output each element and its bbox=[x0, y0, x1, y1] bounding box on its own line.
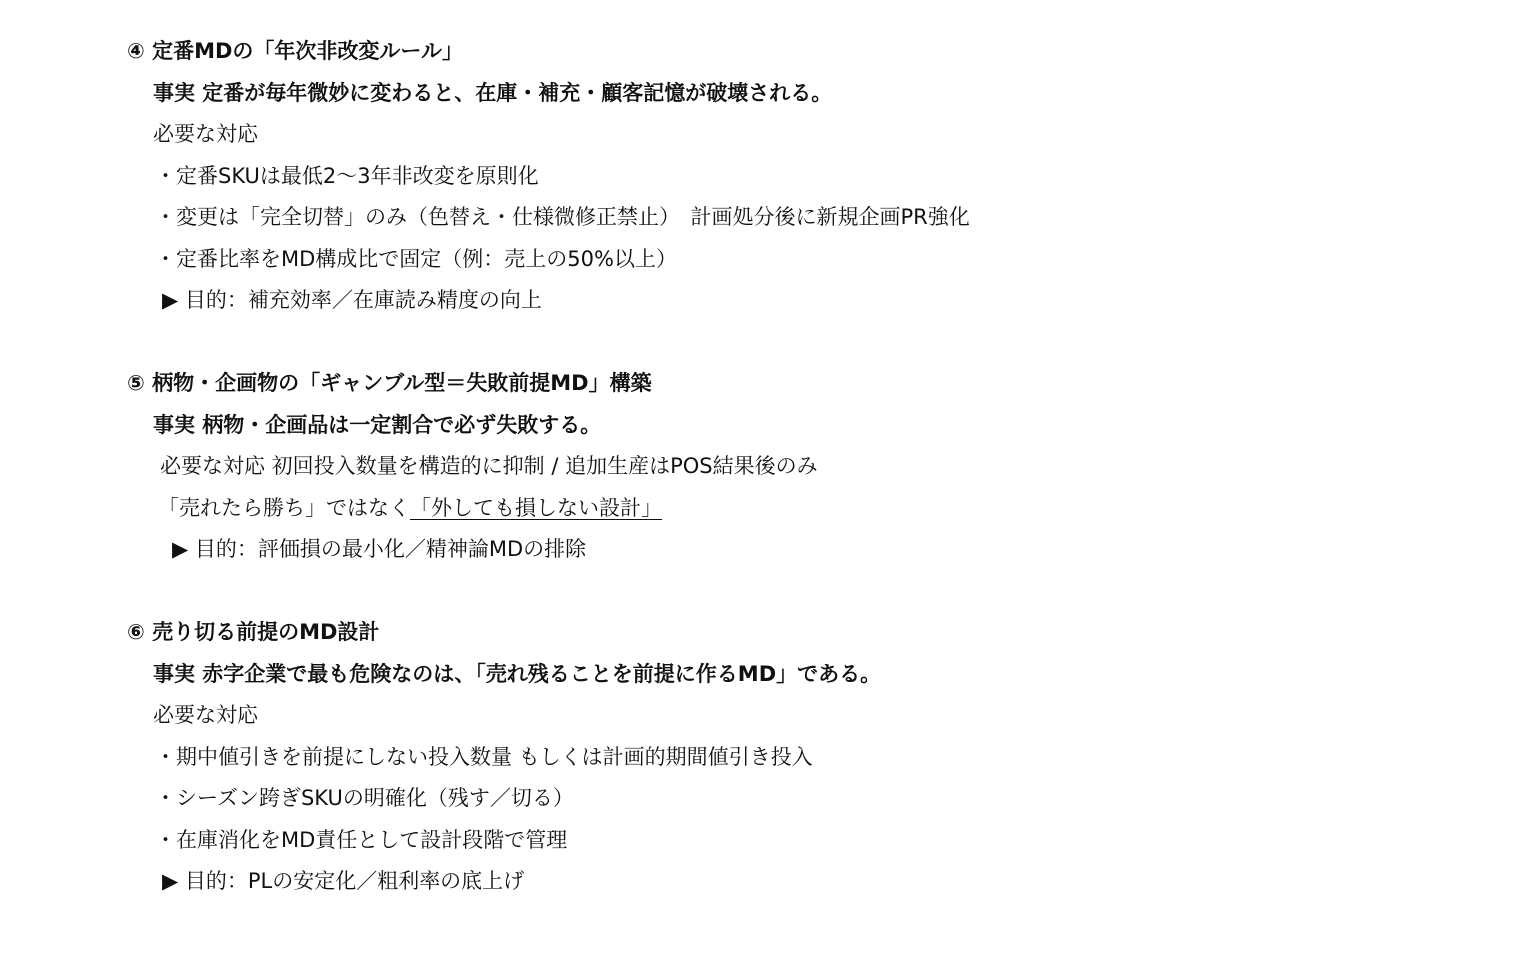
section-5-purpose: ▶ 目的：評価損の最小化／精神論MDの排除 bbox=[172, 535, 586, 563]
section-6-bullet-3: ・在庫消化をMD責任として設計段階で管理 bbox=[155, 826, 567, 854]
section-5-design-line: 「売れたら勝ち」ではなく「外しても損しない設計」 bbox=[158, 494, 662, 522]
section-5-heading: ⑤ 柄物・企画物の「ギャンブル型＝失敗前提MD」構築 bbox=[127, 369, 652, 397]
section-6-purpose: ▶ 目的：PLの安定化／粗利率の底上げ bbox=[162, 867, 524, 895]
section-6-heading: ⑥ 売り切る前提のMD設計 bbox=[127, 618, 379, 646]
section-6-bullet-1: ・期中値引きを前提にしない投入数量 もしくは計画的期間値引き投入 bbox=[155, 743, 813, 771]
section-4-fact: 事実 定番が毎年微妙に変わると、在庫・補充・顧客記憶が破壊される。 bbox=[153, 79, 832, 107]
section-4-bullet-3: ・定番比率をMD構成比で固定（例：売上の50%以上） bbox=[155, 245, 677, 273]
section-4-bullet-2: ・変更は「完全切替」のみ（色替え・仕様微修正禁止） 計画処分後に新規企画PR強化 bbox=[155, 203, 970, 231]
section-4-heading: ④ 定番MDの「年次非改変ルール」 bbox=[127, 37, 463, 65]
section-5-response-line: 必要な対応 初回投入数量を構造的に抑制 / 追加生産はPOS結果後のみ bbox=[160, 452, 818, 480]
section-5-design-underlined: 「外しても損しない設計」 bbox=[410, 496, 662, 520]
section-4-response-label: 必要な対応 bbox=[153, 120, 258, 148]
section-4-purpose: ▶ 目的：補充効率／在庫読み精度の向上 bbox=[162, 286, 542, 314]
section-6-fact: 事実 赤字企業で最も危険なのは、「売れ残ることを前提に作るMD」である。 bbox=[153, 660, 881, 688]
section-6-bullet-2: ・シーズン跨ぎSKUの明確化（残す／切る） bbox=[155, 784, 574, 812]
section-5-design-prefix: 「売れたら勝ち」ではなく bbox=[158, 496, 410, 520]
section-6-response-label: 必要な対応 bbox=[153, 701, 258, 729]
section-4-bullet-1: ・定番SKUは最低2〜3年非改変を原則化 bbox=[155, 162, 539, 190]
section-5-fact: 事実 柄物・企画品は一定割合で必ず失敗する。 bbox=[153, 411, 601, 439]
